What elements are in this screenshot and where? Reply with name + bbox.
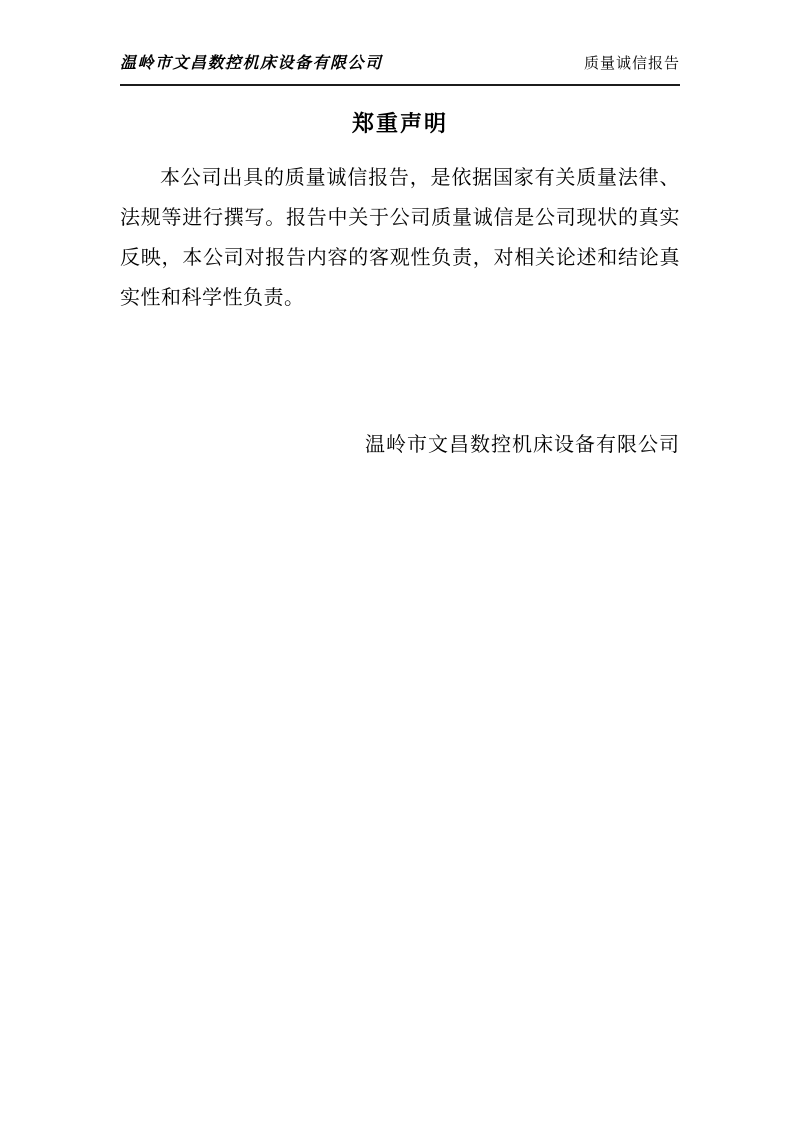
page-header: 温岭市文昌数控机床设备有限公司 质量诚信报告	[120, 0, 680, 84]
signature-company-name: 温岭市文昌数控机床设备有限公司	[120, 428, 680, 457]
declaration-title: 郑重声明	[120, 107, 680, 138]
declaration-body: 本公司出具的质量诚信报告，是依据国家有关质量法律、法规等进行撰写。报告中关于公司…	[120, 158, 680, 318]
document-page: 温岭市文昌数控机床设备有限公司 质量诚信报告 郑重声明 本公司出具的质量诚信报告…	[0, 0, 800, 1132]
header-rule	[120, 84, 680, 86]
header-doc-title: 质量诚信报告	[584, 52, 680, 73]
header-company-name: 温岭市文昌数控机床设备有限公司	[120, 50, 383, 73]
